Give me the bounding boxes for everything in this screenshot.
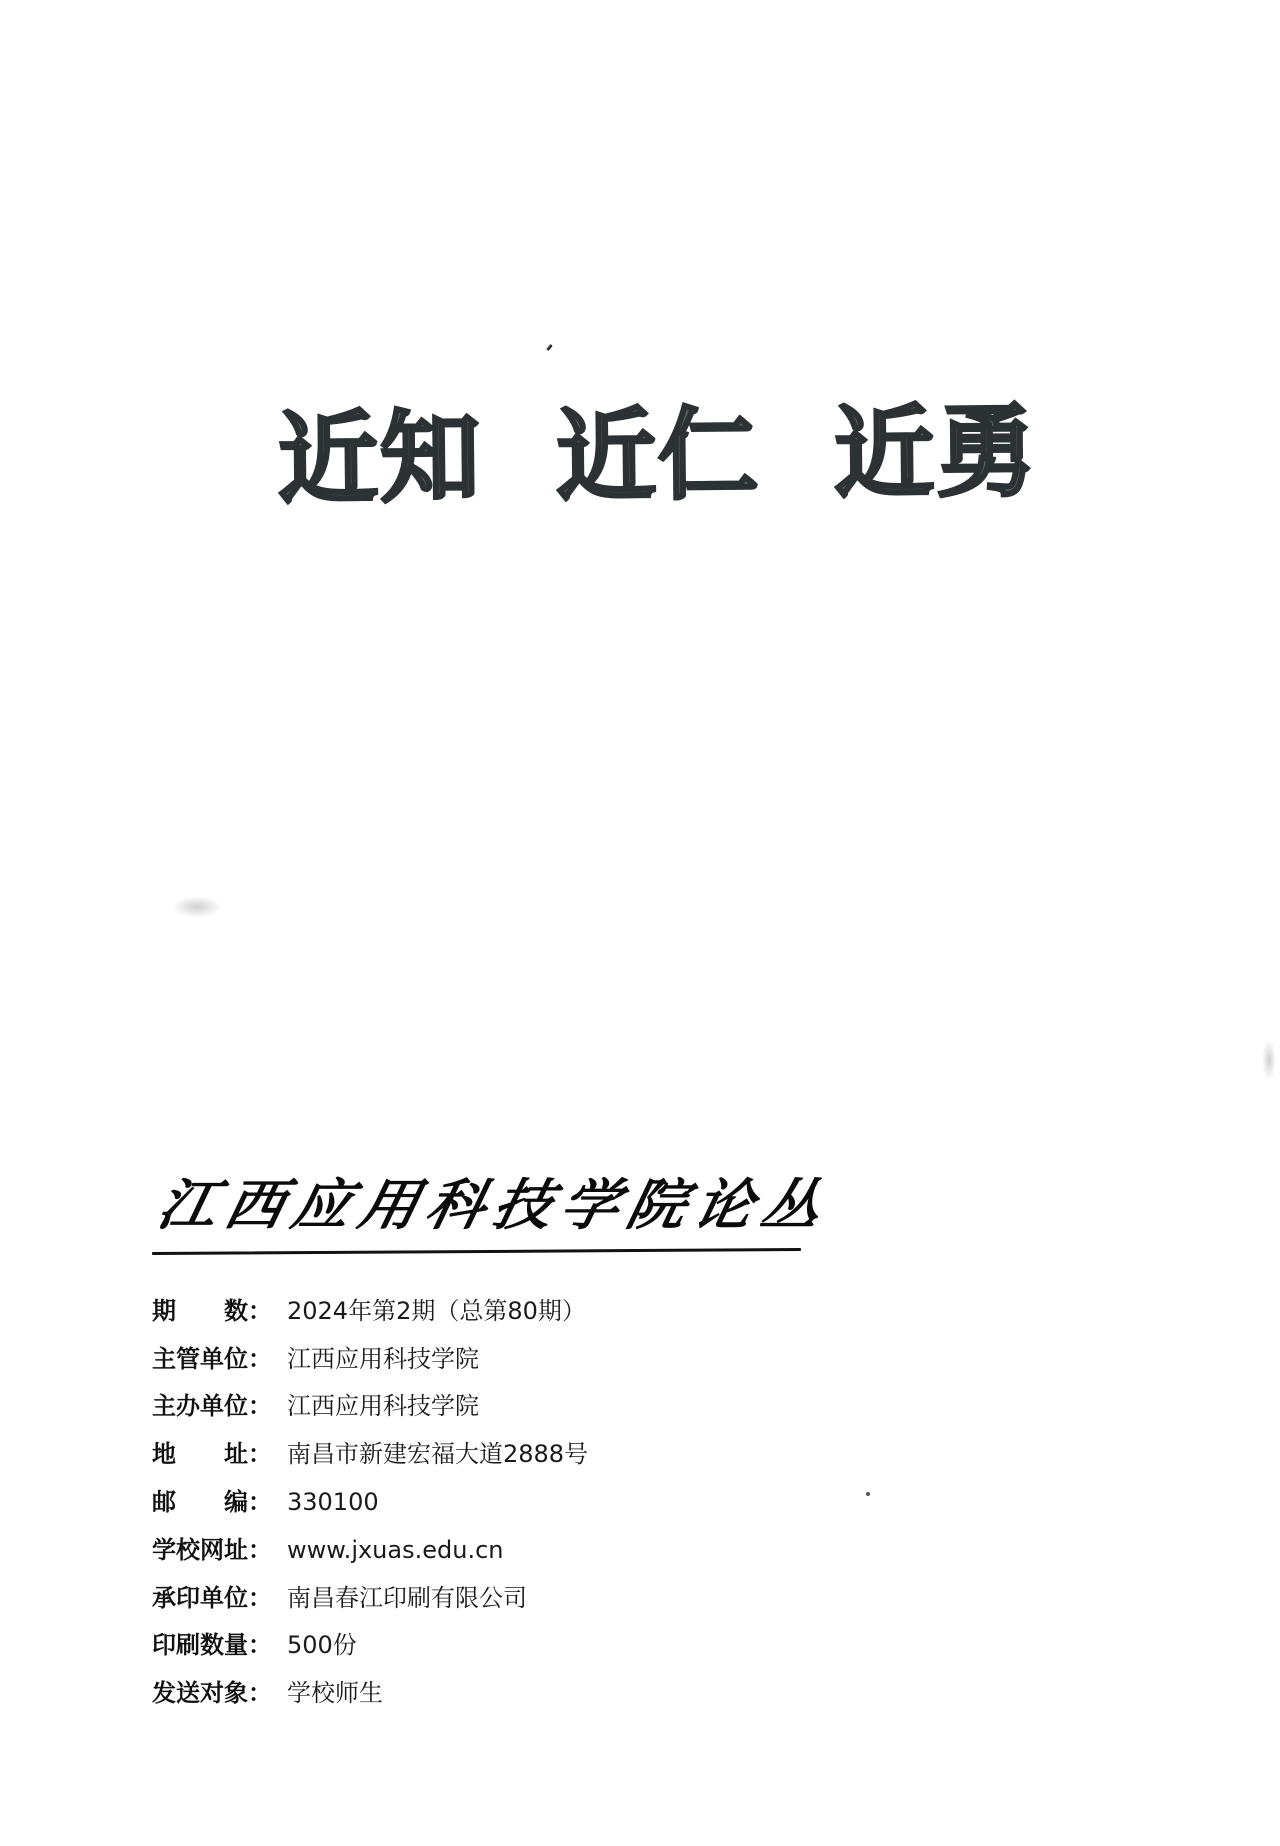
info-row-issue: 期 数： 2024年第2期（总第80期） [152,1287,852,1335]
scan-speck [546,344,553,351]
motto-word-courage: 近勇 [833,397,1038,509]
info-label: 发送对象： [152,1678,287,1708]
info-label: 邮 编： [152,1487,287,1517]
info-label: 学校网址： [152,1535,287,1565]
scan-smudge [172,896,222,918]
motto-title: 近知 近仁 近勇 [277,394,1068,517]
info-label: 期 数： [152,1296,287,1326]
info-value: 江西应用科技学院 [287,1391,479,1421]
info-value: 330100 [287,1487,379,1517]
info-row-postcode: 邮 编： 330100 [152,1478,852,1526]
info-value: 2024年第2期（总第80期） [287,1296,586,1326]
website-link[interactable]: www.jxuas.edu.cn [287,1535,503,1565]
info-row-printer: 承印单位： 南昌春江印刷有限公司 [152,1574,852,1622]
info-value: 500份 [287,1630,357,1660]
info-row-sponsor: 主办单位： 江西应用科技学院 [152,1383,852,1431]
info-row-website: 学校网址： www.jxuas.edu.cn [152,1526,852,1574]
journal-title-calligraphy: 江西应用科技学院论丛 [152,1172,836,1239]
info-label: 承印单位： [152,1583,287,1613]
back-cover-page: 近知 近仁 近勇 江西应用科技学院论丛 期 数： 2024年第2期（总第80期）… [0,0,1280,1846]
info-value: 南昌春江印刷有限公司 [287,1583,527,1613]
info-label: 地 址： [152,1439,287,1469]
info-value: 学校师生 [287,1678,383,1708]
info-row-address: 地 址： 南昌市新建宏福大道2888号 [152,1430,852,1478]
info-value: 江西应用科技学院 [287,1344,479,1374]
info-label: 主管单位： [152,1344,287,1374]
publication-info: 期 数： 2024年第2期（总第80期） 主管单位： 江西应用科技学院 主办单位… [152,1287,852,1717]
scan-smudge [1262,1040,1276,1080]
info-row-supervisor: 主管单位： 江西应用科技学院 [152,1335,852,1383]
motto-word-benevolence: 近仁 [555,399,760,511]
info-value: 南昌市新建宏福大道2888号 [287,1439,588,1469]
info-row-audience: 发送对象： 学校师生 [152,1669,852,1717]
scan-speck [866,1492,870,1496]
masthead-divider [152,1248,801,1255]
journal-masthead: 江西应用科技学院论丛 [152,1168,802,1238]
info-label: 印刷数量： [152,1630,287,1660]
info-row-print-run: 印刷数量： 500份 [152,1622,852,1670]
motto-word-knowledge: 近知 [277,402,482,514]
info-label: 主办单位： [152,1391,287,1421]
